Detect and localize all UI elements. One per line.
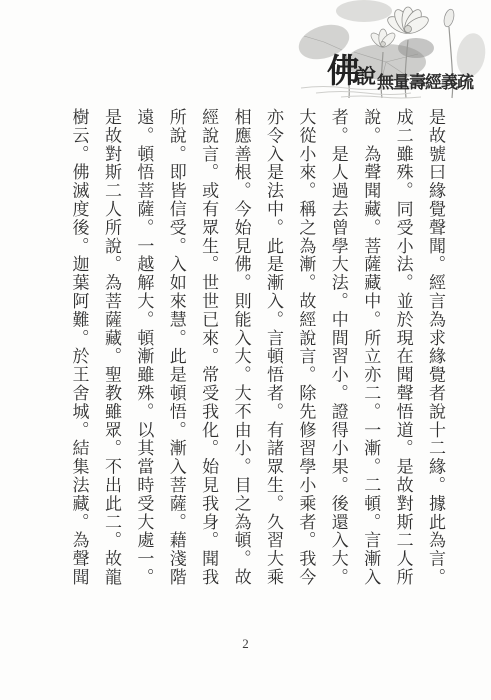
text-column: 大從小來。稱之為漸。故經說言。除先修習學小乘者。我今 <box>289 108 321 594</box>
lotus-leaf-icon <box>398 38 434 58</box>
scanned-book-page: 佛 說 無量壽經義疏 是故號曰緣覺聲聞。經言為求緣覺者說十二緣。據此為言。 成二… <box>0 0 491 700</box>
sutra-text-block: 是故號曰緣覺聲聞。經言為求緣覺者說十二緣。據此為言。 成二雖殊。同受小法。並於現… <box>62 108 451 594</box>
text-column: 是故對斯二人所說。為菩薩藏。聖教雖眾。不出此二。故龍 <box>95 108 127 594</box>
book-title-sub: 說 <box>356 67 376 87</box>
text-column: 者。是人過去曾學大法。中間習小。證得小果。後還入大。 <box>321 108 353 594</box>
lotus-leaf-icon <box>453 31 488 79</box>
text-column: 經說言。或有眾生。世世已來。常受我化。始見我身。聞我 <box>192 108 224 594</box>
text-column: 說。為聲聞藏。菩薩藏中。所立亦二。一漸。二頓。言漸入 <box>354 108 386 594</box>
text-column: 樹云。佛滅度後。迦葉阿難。於王舍城。結集法藏。為聲聞 <box>62 108 94 594</box>
page-number: 2 <box>0 636 491 652</box>
lotus-leaf-icon <box>336 0 392 22</box>
text-column: 成二雖殊。同受小法。並於現在聞聲悟道。是故對斯二人所 <box>386 108 418 594</box>
text-column: 是故號曰緣覺聲聞。經言為求緣覺者說十二緣。據此為言。 <box>419 108 451 594</box>
lotus-bud-icon <box>442 8 455 28</box>
text-column: 遠。頓悟菩薩。一越解大。頓漸雖殊。以其當時受大處一。 <box>127 108 159 594</box>
text-column: 相應善根。今始見佛。則能入大。大不由小。目之為頓。故 <box>224 108 256 594</box>
book-title-rest: 無量壽經義疏 <box>377 74 473 91</box>
text-column: 所說。即皆信受。入如來慧。此是頓悟。漸入菩薩。藉淺階 <box>159 108 191 594</box>
text-column: 亦令入是法中。此是漸入。言頓悟者。有諸眾生。久習大乘 <box>257 108 289 594</box>
